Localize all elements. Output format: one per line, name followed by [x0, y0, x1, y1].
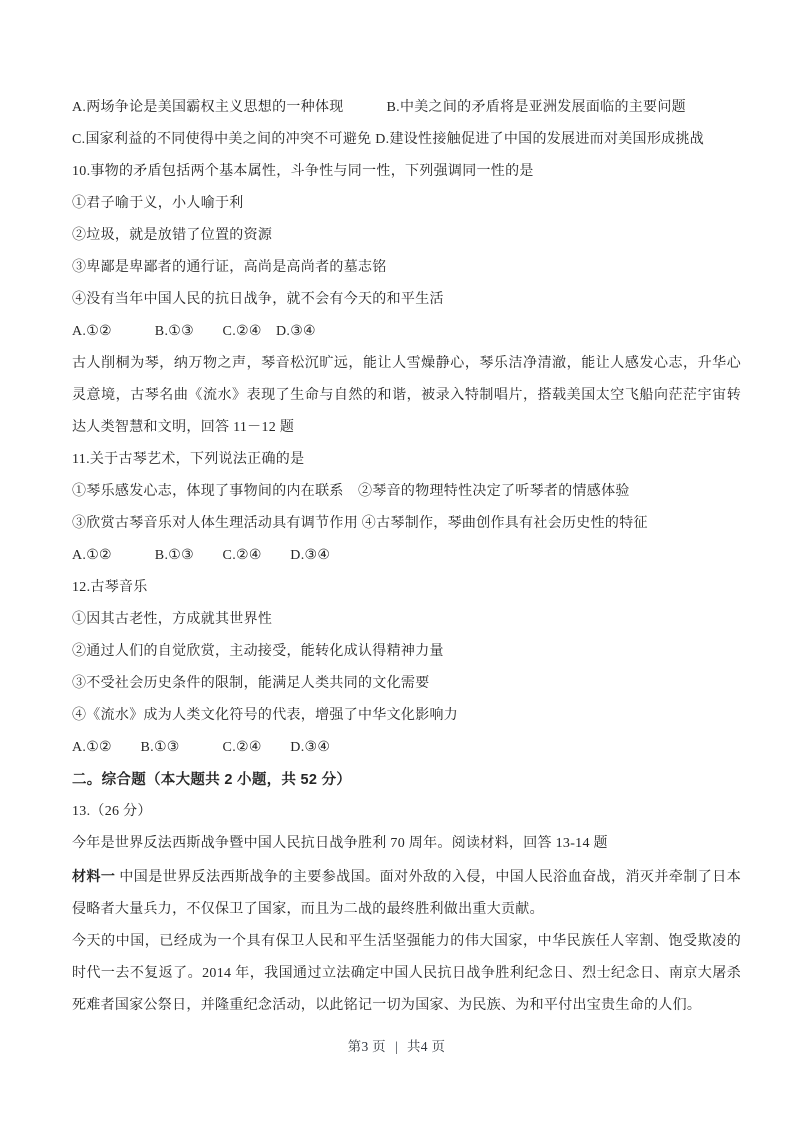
- question-9-options-ab: A.两场争论是美国霸权主义思想的一种体现 B.中美之间的矛盾将是亚洲发展面临的主…: [72, 92, 741, 124]
- question-10-item-3: ③卑鄙是卑鄙者的通行证，高尚是高尚者的墓志铭: [72, 252, 741, 284]
- question-10-item-1: ①君子喻于义，小人喻于利: [72, 188, 741, 220]
- exam-document-page: A.两场争论是美国霸权主义思想的一种体现 B.中美之间的矛盾将是亚洲发展面临的主…: [0, 0, 793, 1122]
- material-1-paragraph: 材料一 中国是世界反法西斯战争的主要参战国。面对外敌的入侵，中国人民浴血奋战，消…: [72, 860, 741, 926]
- material-1-paragraph-2: 今天的中国，已经成为一个具有保卫人民和平生活坚强能力的伟大国家，中华民族任人宰割…: [72, 926, 741, 1022]
- question-13-intro: 今年是世界反法西斯战争暨中国人民抗日战争胜利 70 周年。阅读材料，回答 13-…: [72, 828, 741, 860]
- question-11-answer-options: A.①② B.①③ C.②④ D.③④: [72, 540, 741, 572]
- question-12-stem: 12.古琴音乐: [72, 572, 741, 604]
- question-11-items-1-2: ①琴乐感发心志，体现了事物间的内在联系 ②琴音的物理特性决定了听琴者的情感体验: [72, 476, 741, 508]
- footer-page-number: 第3 页: [348, 1039, 386, 1054]
- material-1-text: 中国是世界反法西斯战争的主要参战国。面对外敌的入侵，中国人民浴血奋战，消灭并牵制…: [72, 870, 741, 917]
- question-10-stem: 10.事物的矛盾包括两个基本属性，斗争性与同一性，下列强调同一性的是: [72, 156, 741, 188]
- question-12-answer-options: A.①② B.①③ C.②④ D.③④: [72, 732, 741, 764]
- material-1-label: 材料一: [72, 868, 115, 884]
- question-9-options-cd: C.国家利益的不同使得中美之间的冲突不可避免 D.建设性接触促进了中国的发展进而…: [72, 124, 741, 156]
- question-10-answer-options: A.①② B.①③ C.②④ D.③④: [72, 316, 741, 348]
- section-2-heading: 二。综合题（本大题共 2 小题，共 52 分）: [72, 764, 741, 796]
- footer-separator: |: [395, 1039, 398, 1055]
- question-12-item-4: ④《流水》成为人类文化符号的代表，增强了中华文化影响力: [72, 700, 741, 732]
- page-footer: 第3 页|共4 页: [0, 1035, 793, 1055]
- question-10-item-2: ②垃圾，就是放错了位置的资源: [72, 220, 741, 252]
- question-12-item-1: ①因其古老性，方成就其世界性: [72, 604, 741, 636]
- question-13-number: 13.（26 分）: [72, 796, 741, 828]
- question-12-item-2: ②通过人们的自觉欣赏，主动接受，能转化成认得精神力量: [72, 636, 741, 668]
- question-11-stem: 11.关于古琴艺术，下列说法正确的是: [72, 444, 741, 476]
- question-12-item-3: ③不受社会历史条件的限制，能满足人类共同的文化需要: [72, 668, 741, 700]
- footer-total-pages: 共4 页: [407, 1039, 445, 1054]
- guqin-passage: 古人削桐为琴，纳万物之声，琴音松沉旷远，能让人雪燥静心，琴乐洁净清澈，能让人感发…: [72, 348, 741, 444]
- question-11-items-3-4: ③欣赏古琴音乐对人体生理活动具有调节作用 ④古琴制作，琴曲创作具有社会历史性的特…: [72, 508, 741, 540]
- question-10-item-4: ④没有当年中国人民的抗日战争，就不会有今天的和平生活: [72, 284, 741, 316]
- page-content: A.两场争论是美国霸权主义思想的一种体现 B.中美之间的矛盾将是亚洲发展面临的主…: [0, 0, 793, 1022]
